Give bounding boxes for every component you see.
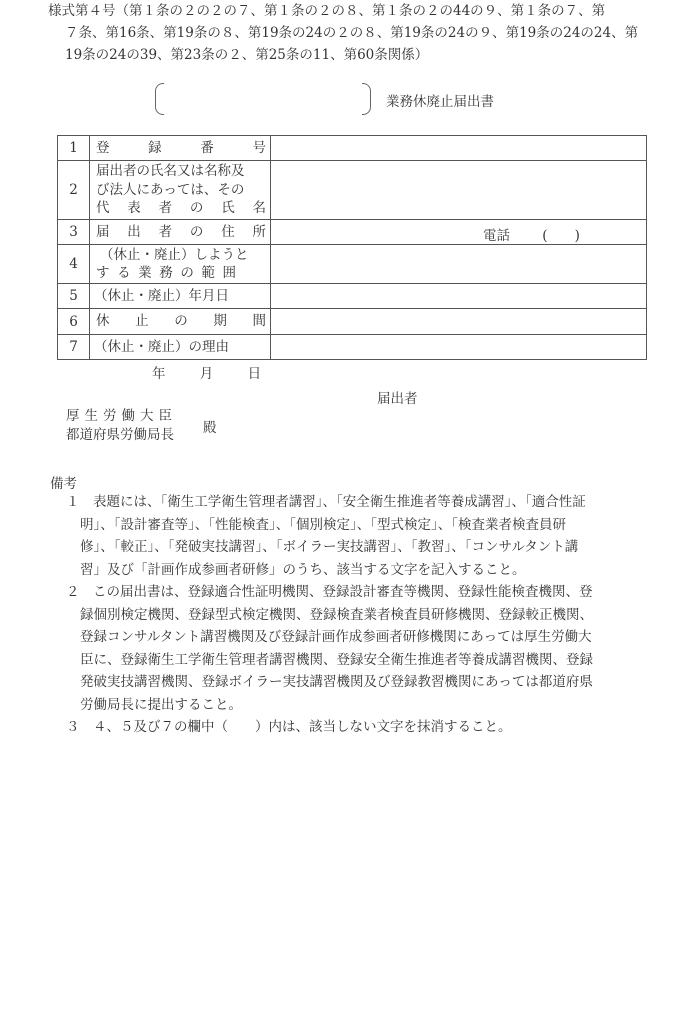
row-label: 届出者の氏名又は名称及 び法人にあっては、その 代表者の氏名 <box>90 161 271 220</box>
row-label: 休止の期間 <box>90 309 271 335</box>
remarks-line: 臣に、登録衛生工学衛生管理者講習機関、登録安全衛生推進者等養成講習機関、登録 <box>66 649 593 672</box>
form-header-line: 様式第４号（第１条の２の２の７、第１条の２の８、第１条の２の44の９、第１条の７… <box>48 0 638 22</box>
row-number: 4 <box>58 245 90 284</box>
right-bracket-icon <box>362 83 371 115</box>
label-line-spread: する業務の範囲 <box>96 264 266 283</box>
remarks-line: 労働局長に提出すること。 <box>66 694 593 717</box>
business-scope-field[interactable] <box>271 245 647 284</box>
remarks-item-3: ３ ４、５及び７の欄中（ ）内は、該当しない文字を抹消すること。 <box>66 716 593 739</box>
label-address: 届出者の住所 <box>96 223 266 242</box>
remarks-line: 修」、「較正」、「発破実技講習」、「ボイラー実技講習」、「教習」、「コンサルタン… <box>66 536 593 559</box>
remarks-line: 録個別検定機関、登録型式検定機関、登録検査業者検査員研修機関、登録較正機関、 <box>66 604 593 627</box>
table-row-reason: 7 （休止・廃止）の理由 <box>58 335 647 360</box>
row-number: 2 <box>58 161 90 220</box>
form-header-line: ７条、第16条、第19条の８、第19条の24の２の８、第19条の24の９、第19… <box>48 22 638 44</box>
document-title: 業務休廃止届出書 <box>386 90 494 110</box>
row-number: 5 <box>58 284 90 309</box>
row-label: （休止・廃止）年月日 <box>90 284 271 309</box>
reason-field[interactable] <box>271 335 647 360</box>
notifier-name-field[interactable] <box>271 161 647 220</box>
remarks-line: 発破実技講習機関、登録ボイラー実技講習機関及び登録教習機関にあっては都道府県 <box>66 671 593 694</box>
phone-label: 電話 <box>483 228 510 244</box>
label-registration-number: 登録番号 <box>96 139 266 158</box>
label-line-spread: 代表者の氏名 <box>96 199 266 218</box>
phone-group: 電話 ( ) <box>483 224 580 244</box>
remarks-item-1: １ 表題には、「衛生工学衛生管理者講習」、「安全衛生推進者等養成講習」、「適合性… <box>66 491 593 581</box>
registration-number-field[interactable] <box>271 136 647 161</box>
date-line[interactable]: 年 月 日 <box>152 362 291 382</box>
label-line: （休止・廃止）しようと <box>96 246 266 265</box>
phone-area-code-field[interactable]: ( ) <box>542 224 580 244</box>
address-field[interactable]: 電話 ( ) <box>271 220 647 245</box>
table-row-business-scope: 4 （休止・廃止）しようと する業務の範囲 <box>58 245 647 284</box>
label-line: び法人にあっては、その <box>96 181 266 200</box>
remarks-list: １ 表題には、「衛生工学衛生管理者講習」、「安全衛生推進者等養成講習」、「適合性… <box>66 491 593 739</box>
addressee-minister: 厚生労働大臣 <box>66 407 177 426</box>
addressee-bureau-chief: 都道府県労働局長 <box>66 426 177 445</box>
row-number: 1 <box>58 136 90 161</box>
row-label: （休止・廃止）しようと する業務の範囲 <box>90 245 271 284</box>
row-number: 7 <box>58 335 90 360</box>
row-number: 3 <box>58 220 90 245</box>
suspension-period-field[interactable] <box>271 309 647 335</box>
remarks-item-2: ２ この届出書は、登録適合性証明機関、登録設計審査等機関、登録性能検査機関、登 … <box>66 581 593 716</box>
form-header: 様式第４号（第１条の２の２の７、第１条の２の８、第１条の２の44の９、第１条の７… <box>48 0 638 66</box>
remarks-title: 備考 <box>50 472 77 492</box>
row-number: 6 <box>58 309 90 335</box>
table-row-name: 2 届出者の氏名又は名称及 び法人にあっては、その 代表者の氏名 <box>58 161 647 220</box>
suspension-date-field[interactable] <box>271 284 647 309</box>
table-row-address: 3 届出者の住所 電話 ( ) <box>58 220 647 245</box>
month-label: 月 <box>200 362 214 382</box>
remarks-line: ３ ４、５及び７の欄中（ ）内は、該当しない文字を抹消すること。 <box>66 716 593 739</box>
form-table: 1 登録番号 2 届出者の氏名又は名称及 び法人にあっては、その 代表者の氏名 … <box>57 135 647 360</box>
row-label: 登録番号 <box>90 136 271 161</box>
remarks-line: １ 表題には、「衛生工学衛生管理者講習」、「安全衛生推進者等養成講習」、「適合性… <box>66 491 593 514</box>
table-row-registration-number: 1 登録番号 <box>58 136 647 161</box>
label-period: 休止の期間 <box>96 312 266 331</box>
remarks-line: 明」、「設計審査等」、「性能検査」、「個別検定」、「型式検定」、「検査業者検査員… <box>66 514 593 537</box>
title-type-field[interactable] <box>170 86 356 110</box>
remarks-line: 登録コンサルタント講習機関及び登録計画作成参画者研修機関にあっては厚生労働大 <box>66 626 593 649</box>
honorific: 殿 <box>203 416 217 436</box>
row-label: 届出者の住所 <box>90 220 271 245</box>
addressee: 厚生労働大臣 都道府県労働局長 <box>66 407 177 445</box>
notifier-label: 届出者 <box>377 387 418 407</box>
left-bracket-icon <box>155 83 164 115</box>
label-line: 届出者の氏名又は名称及 <box>96 162 266 181</box>
day-label: 日 <box>248 362 262 382</box>
form-header-line: 19条の24の39、第23条の２、第25条の11、第60条関係） <box>48 44 638 66</box>
row-label: （休止・廃止）の理由 <box>90 335 271 360</box>
table-row-date: 5 （休止・廃止）年月日 <box>58 284 647 309</box>
year-label: 年 <box>152 362 166 382</box>
table-row-period: 6 休止の期間 <box>58 309 647 335</box>
remarks-line: 習」及び「計画作成参画者研修」のうち、該当する文字を記入すること。 <box>66 559 593 582</box>
remarks-line: ２ この届出書は、登録適合性証明機関、登録設計審査等機関、登録性能検査機関、登 <box>66 581 593 604</box>
